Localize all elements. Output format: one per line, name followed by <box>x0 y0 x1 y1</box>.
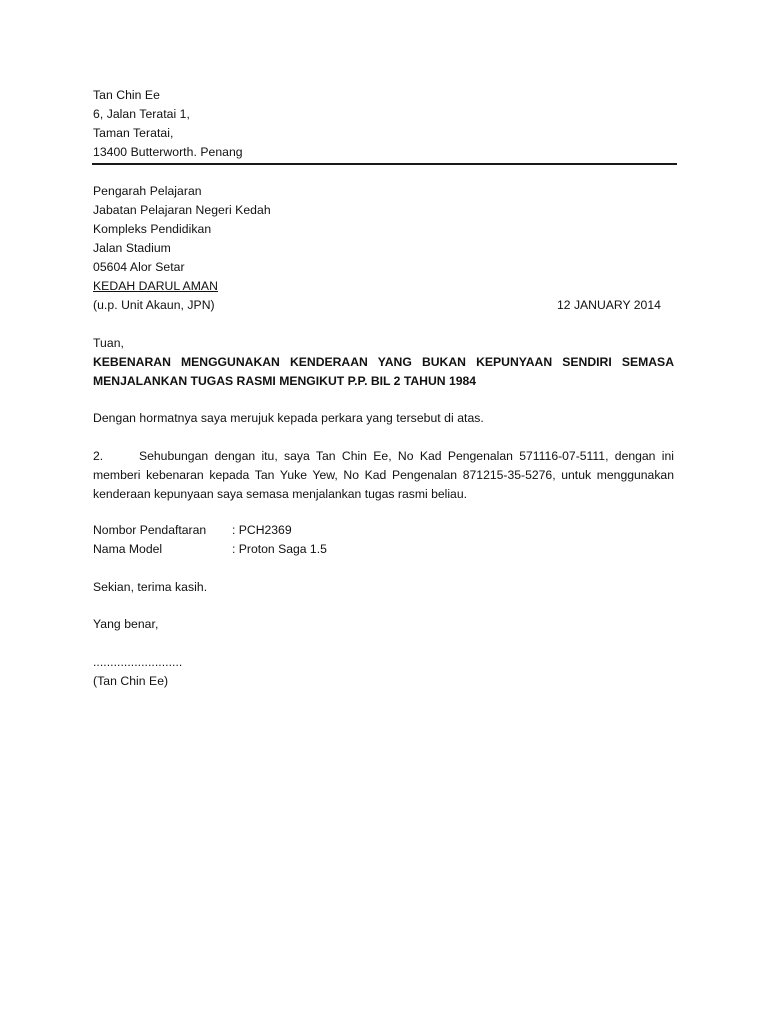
paragraph-2-text: Sehubungan dengan itu, saya Tan Chin Ee,… <box>93 449 674 501</box>
paragraph-2: 2.Sehubungan dengan itu, saya Tan Chin E… <box>93 447 674 504</box>
vehicle-model-row: Nama Model: Proton Saga 1.5 <box>93 540 327 559</box>
vehicle-registration-label: Nombor Pendaftaran <box>93 521 232 540</box>
vehicle-registration-value: : PCH2369 <box>232 523 292 537</box>
header-divider <box>92 163 677 165</box>
recipient-line-3: Kompleks Pendidikan <box>93 220 211 239</box>
recipient-line-4: Jalan Stadium <box>93 239 171 258</box>
signature-line: .......................... <box>93 653 182 672</box>
recipient-state: KEDAH DARUL AMAN <box>93 277 218 296</box>
vehicle-model-label: Nama Model <box>93 540 232 559</box>
recipient-line-2: Jabatan Pelajaran Negeri Kedah <box>93 201 271 220</box>
sender-name: Tan Chin Ee <box>93 86 160 105</box>
signoff: Yang benar, <box>93 615 158 634</box>
vehicle-model-value: : Proton Saga 1.5 <box>232 542 327 556</box>
sender-address-line-1: 6, Jalan Teratai 1, <box>93 105 190 124</box>
recipient-line-1: Pengarah Pelajaran <box>93 182 202 201</box>
salutation: Tuan, <box>93 334 124 353</box>
vehicle-registration-row: Nombor Pendaftaran: PCH2369 <box>93 521 292 540</box>
paragraph-2-number: 2. <box>93 447 139 466</box>
letter-date: 12 JANUARY 2014 <box>557 296 661 315</box>
subject-heading: KEBENARAN MENGGUNAKAN KENDERAAN YANG BUK… <box>93 353 674 391</box>
closing-text: Sekian, terima kasih. <box>93 578 207 597</box>
signature-name: (Tan Chin Ee) <box>93 672 168 691</box>
recipient-line-5: 05604 Alor Setar <box>93 258 185 277</box>
sender-address-line-2: Taman Teratai, <box>93 124 173 143</box>
sender-address-line-3: 13400 Butterworth. Penang <box>93 143 243 162</box>
letter-page: Tan Chin Ee 6, Jalan Teratai 1, Taman Te… <box>0 0 768 1024</box>
recipient-attention: (u.p. Unit Akaun, JPN) <box>93 296 215 315</box>
paragraph-1: Dengan hormatnya saya merujuk kepada per… <box>93 409 484 428</box>
